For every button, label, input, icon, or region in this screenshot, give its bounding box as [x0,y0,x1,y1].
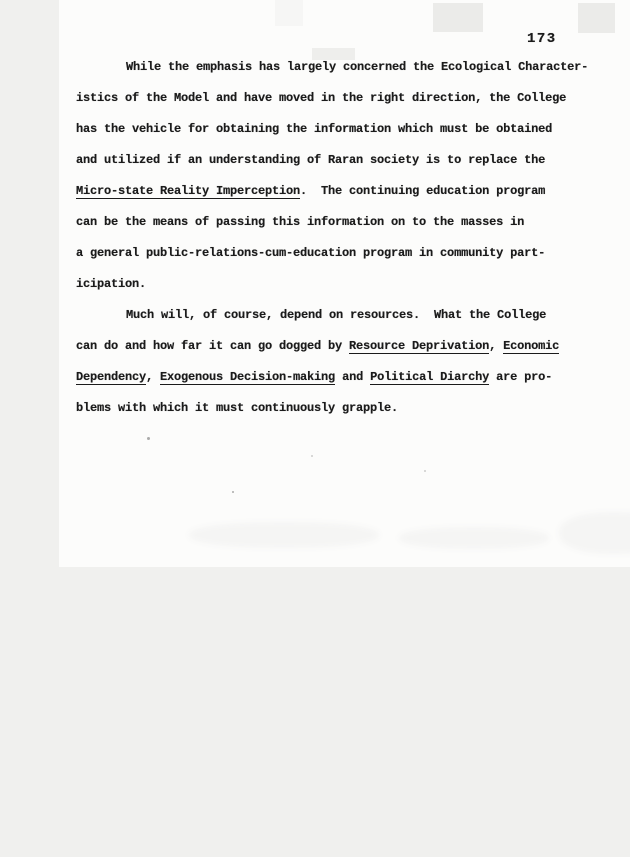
underlined-term: Economic [503,339,559,354]
underlined-term: Political Diarchy [370,370,489,385]
underlined-term: Micro-state Reality Imperception [76,184,300,199]
text-line: icipation. [76,269,621,300]
text-line: Micro-state Reality Imperception. The co… [76,176,621,207]
underlined-term: Resource Deprivation [349,339,489,354]
scan-smudge [399,527,549,549]
text-segment: are pro- [489,370,552,384]
text-line: and utilized if an understanding of Rara… [76,145,621,176]
text-segment: blems with which it must continuously gr… [76,401,398,415]
scanned-document-page: 173 While the emphasis has largely conce… [0,0,630,857]
scan-smudge [559,512,630,554]
text-segment: icipation. [76,277,146,291]
scan-speck [232,491,234,493]
scan-speck [147,437,150,440]
text-segment: can do and how far it can go dogged by [76,339,349,353]
scan-speck [424,470,426,472]
text-line: can do and how far it can go dogged by R… [76,331,621,362]
text-line: While the emphasis has largely concerned… [76,52,621,83]
scan-artifact [275,0,303,26]
underlined-term: Dependency [76,370,146,385]
text-segment: and utilized if an understanding of Rara… [76,153,545,167]
scan-smudge [189,522,379,548]
text-line: has the vehicle for obtaining the inform… [76,114,621,145]
text-segment: and [335,370,370,384]
text-segment: , [146,370,160,384]
document-body: While the emphasis has largely concerned… [76,52,621,424]
text-segment: can be the means of passing this informa… [76,215,524,229]
text-line: Much will, of course, depend on resource… [76,300,621,331]
text-segment: , [489,339,503,353]
text-segment: istics of the Model and have moved in th… [76,91,566,105]
text-line: Dependency, Exogenous Decision-making an… [76,362,621,393]
text-line: blems with which it must continuously gr… [76,393,621,424]
page-number: 173 [527,31,557,47]
text-segment: . The continuing education program [300,184,545,198]
text-line: istics of the Model and have moved in th… [76,83,621,114]
text-segment: While the emphasis has largely concerned… [126,60,588,74]
scan-speck [311,455,313,457]
scan-artifact [433,3,483,32]
text-segment: Much will, of course, depend on resource… [126,308,546,322]
text-line: can be the means of passing this informa… [76,207,621,238]
scan-artifact [578,3,615,33]
underlined-term: Exogenous Decision-making [160,370,335,385]
text-line: a general public-relations-cum-education… [76,238,621,269]
text-segment: a general public-relations-cum-education… [76,246,545,260]
text-segment: has the vehicle for obtaining the inform… [76,122,552,136]
